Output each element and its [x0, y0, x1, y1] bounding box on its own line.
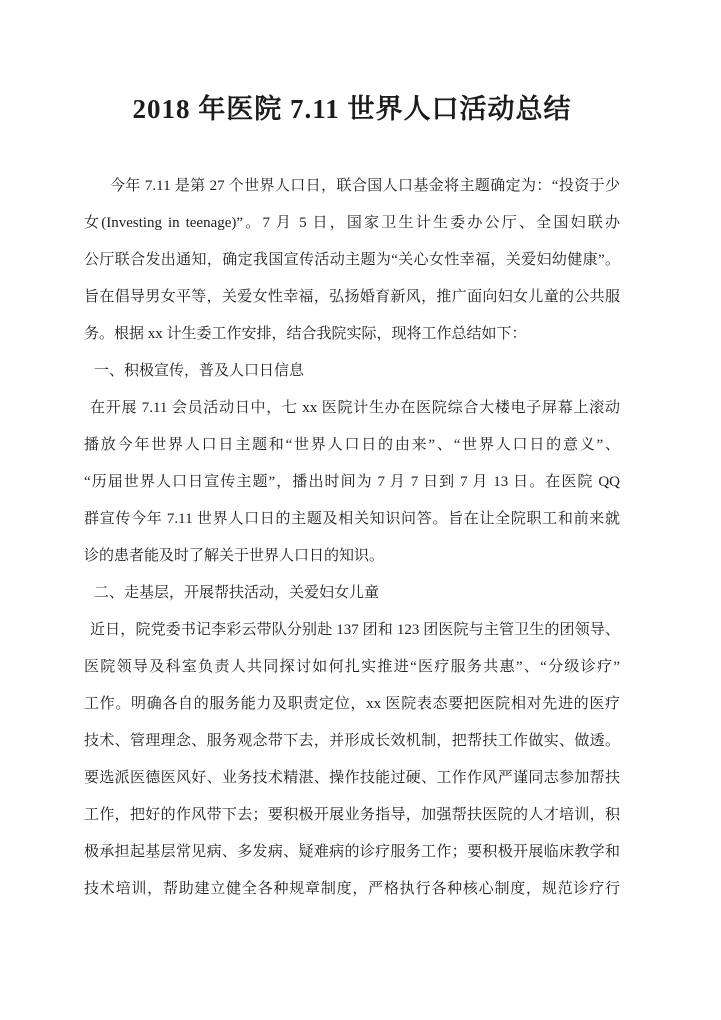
text-line: 近日，院党委书记李彩云带队分别赴 137 团和 123 团医院与主管卫生的团领导… — [84, 612, 620, 649]
text-line: 技术培训，帮助建立健全各种规章制度，严格执行各种核心制度，规范诊疗行为， — [84, 871, 620, 908]
text-line: 工作。明确各自的服务能力及职责定位，xx 医院表态要把医院相对先进的医疗 — [84, 686, 620, 723]
text-line: 诊的患者能及时了解关于世界人口日的知识。 — [84, 538, 620, 575]
text-line: 女(Investing in teenage)”。7 月 5 日，国家卫生计生委… — [84, 205, 620, 242]
section-heading: 二、走基层，开展帮扶活动，关爱妇女儿童 — [84, 575, 620, 612]
text-line: 群宣传今年 7.11 世界人口日的主题及相关知识问答。旨在让全院职工和前来就 — [84, 501, 620, 538]
text-line: 今年 7.11 是第 27 个世界人口日，联合国人口基金将主题确定为：“投资于少 — [84, 168, 620, 205]
text-line: 医院领导及科室负责人共同探讨如何扎实推进“医疗服务共惠”、“分级诊疗” — [84, 649, 620, 686]
text-line: 要选派医德医风好、业务技术精湛、操作技能过硬、工作作风严谨同志参加帮扶 — [84, 760, 620, 797]
text-line: 播放今年世界人口日主题和“世界人口日的由来”、“世界人口日的意义”、 — [84, 427, 620, 464]
text-line: 在开展 7.11 会员活动日中，七 xx 医院计生办在医院综合大楼电子屏幕上滚动 — [84, 390, 620, 427]
text-line: 旨在倡导男女平等，关爱女性幸福，弘扬婚育新风，推广面向妇女儿童的公共服 — [84, 279, 620, 316]
text-line: “历届世界人口日宣传主题”，播出时间为 7 月 7 日到 7 月 13 日。在医… — [84, 464, 620, 501]
section-heading: 一、积极宣传，普及人口日信息 — [84, 353, 620, 390]
text-line: 技术、管理理念、服务观念带下去，并形成长效机制，把帮扶工作做实、做透。 — [84, 723, 620, 760]
document-title: 2018 年医院 7.11 世界人口活动总结 — [84, 88, 620, 130]
text-line: 极承担起基层常见病、多发病、疑难病的诊疗服务工作；要积极开展临床教学和 — [84, 834, 620, 871]
document-page: 2018 年医院 7.11 世界人口活动总结 今年 7.11 是第 27 个世界… — [0, 0, 721, 1020]
text-line: 工作，把好的作风带下去；要积极开展业务指导，加强帮扶医院的人才培训，积 — [84, 797, 620, 834]
text-line: 公厅联合发出通知，确定我国宣传活动主题为“关心女性幸福，关爱妇幼健康”。 — [84, 242, 620, 279]
text-line: 务。根据 xx 计生委工作安排，结合我院实际，现将工作总结如下： — [84, 316, 620, 353]
document-body: 今年 7.11 是第 27 个世界人口日，联合国人口基金将主题确定为：“投资于少… — [84, 168, 620, 908]
